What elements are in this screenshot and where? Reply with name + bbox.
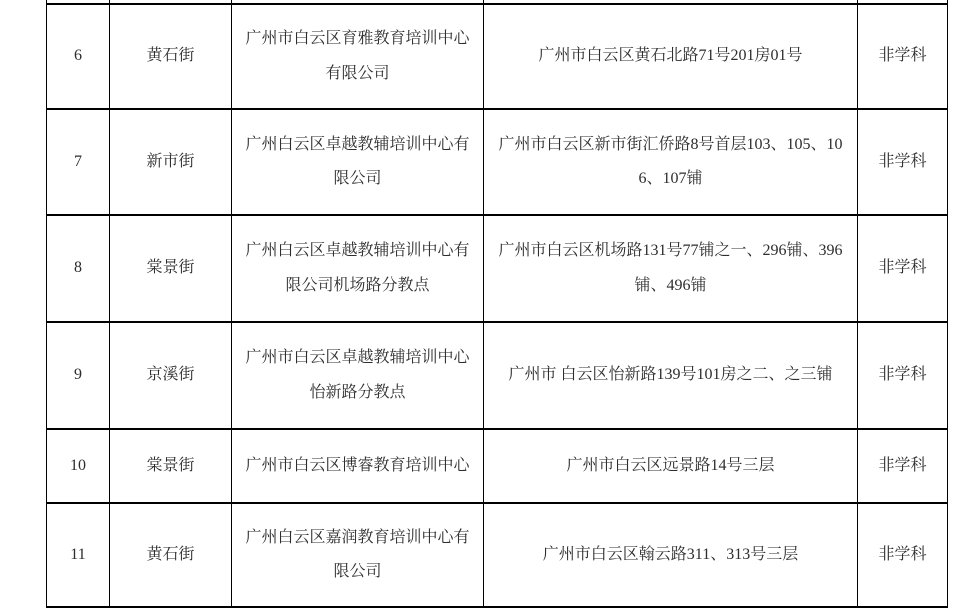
table-body: 6 黄石街 广州市白云区育雅教育培训中心有限公司 广州市白云区黄石北路71号20… xyxy=(47,0,948,607)
table-row: 6 黄石街 广州市白云区育雅教育培训中心有限公司 广州市白云区黄石北路71号20… xyxy=(47,4,948,109)
street-cell: 京溪街 xyxy=(110,322,232,429)
category-cell: 非学科 xyxy=(858,322,948,429)
category-cell: 非学科 xyxy=(858,429,948,503)
category-cell: 非学科 xyxy=(858,215,948,322)
serial-number-cell: 8 xyxy=(47,215,110,322)
serial-number-cell: 7 xyxy=(47,109,110,215)
address-cell: 广州市白云区机场路131号77铺之一、296铺、396铺、496铺 xyxy=(484,215,858,322)
institution-name-cell: 广州白云区卓越教辅培训中心有限公司机场路分教点 xyxy=(232,215,484,322)
address-cell: 广州市白云区黄石北路71号201房01号 xyxy=(484,4,858,109)
serial-number-cell: 10 xyxy=(47,429,110,503)
category-cell: 非学科 xyxy=(858,109,948,215)
serial-number-cell: 9 xyxy=(47,322,110,429)
category-cell: 非学科 xyxy=(858,4,948,109)
institution-name-cell: 广州市白云区卓越教辅培训中心怡新路分教点 xyxy=(232,322,484,429)
table-row: 7 新市街 广州白云区卓越教辅培训中心有限公司 广州市白云区新市街汇侨路8号首层… xyxy=(47,109,948,215)
training-centers-table-wrap: 6 黄石街 广州市白云区育雅教育培训中心有限公司 广州市白云区黄石北路71号20… xyxy=(46,0,947,608)
street-cell: 黄石街 xyxy=(110,4,232,109)
street-cell: 黄石街 xyxy=(110,503,232,607)
table-row: 8 棠景街 广州白云区卓越教辅培训中心有限公司机场路分教点 广州市白云区机场路1… xyxy=(47,215,948,322)
address-cell: 广州市 白云区怡新路139号101房之二、之三铺 xyxy=(484,322,858,429)
institution-name-cell: 广州白云区卓越教辅培训中心有限公司 xyxy=(232,109,484,215)
street-cell: 棠景街 xyxy=(110,429,232,503)
address-cell: 广州市白云区新市街汇侨路8号首层103、105、106、107铺 xyxy=(484,109,858,215)
institution-name-cell: 广州白云区嘉润教育培训中心有限公司 xyxy=(232,503,484,607)
institution-name-cell: 广州市白云区育雅教育培训中心有限公司 xyxy=(232,4,484,109)
street-cell: 棠景街 xyxy=(110,215,232,322)
serial-number-cell: 11 xyxy=(47,503,110,607)
address-cell: 广州市白云区远景路14号三层 xyxy=(484,429,858,503)
table-row: 11 黄石街 广州白云区嘉润教育培训中心有限公司 广州市白云区翰云路311、31… xyxy=(47,503,948,607)
training-centers-table: 6 黄石街 广州市白云区育雅教育培训中心有限公司 广州市白云区黄石北路71号20… xyxy=(46,0,948,608)
address-cell: 广州市白云区翰云路311、313号三层 xyxy=(484,503,858,607)
table-row: 9 京溪街 广州市白云区卓越教辅培训中心怡新路分教点 广州市 白云区怡新路139… xyxy=(47,322,948,429)
street-cell: 新市街 xyxy=(110,109,232,215)
table-row: 10 棠景街 广州市白云区博睿教育培训中心 广州市白云区远景路14号三层 非学科 xyxy=(47,429,948,503)
serial-number-cell: 6 xyxy=(47,4,110,109)
category-cell: 非学科 xyxy=(858,503,948,607)
institution-name-cell: 广州市白云区博睿教育培训中心 xyxy=(232,429,484,503)
